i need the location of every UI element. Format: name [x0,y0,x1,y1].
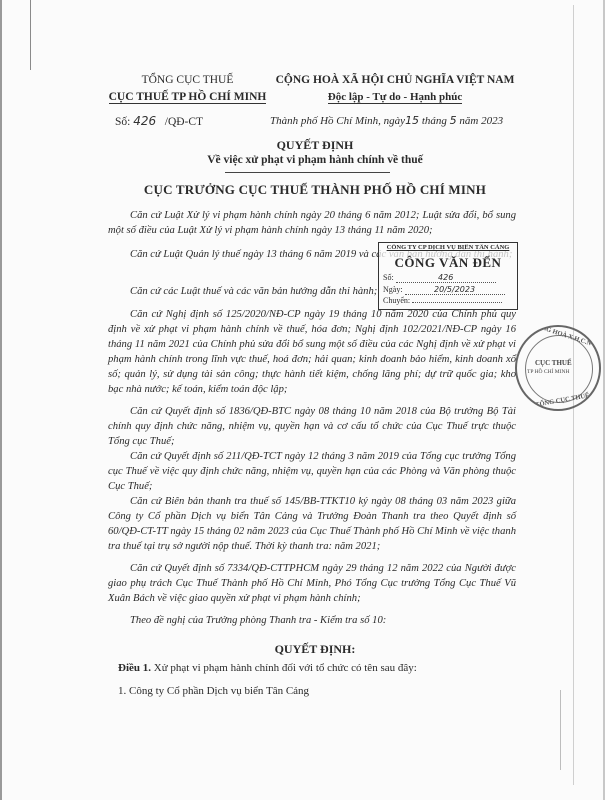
issue-date: Thành phố Hồ Chí Minh, ngày15 tháng 5 nă… [270,114,503,127]
paragraph: Căn cứ Luật Xử lý vi phạm hành chính ngà… [108,208,516,238]
article-label: Điều 1. [118,662,151,674]
legal-basis: Căn cứ Biên bản thanh tra thuế số 145/BB… [108,494,516,554]
stamp-transfer [412,302,502,303]
seal-center-subtext: TP HỒ CHÍ MINH [527,369,569,375]
handwritten-month: 5 [450,114,457,127]
document-number: Số: 426 /QĐ-CT [115,114,203,128]
document-subtitle: Về việc xử phạt vi phạm hành chính về th… [100,154,530,166]
document-title: QUYẾT ĐỊNH [100,138,530,153]
stamp-date: 20/5/2023 [405,285,505,295]
page-edge-line [560,690,561,770]
national-motto: Độc lập - Tự do - Hạnh phúc [260,89,530,106]
received-document-stamp: CÔNG TY CP DỊCH VỤ BIỂN TÂN CẢNG CÔNG VĂ… [378,242,518,310]
paragraph: Căn cứ Biên bản thanh tra thuế số 145/BB… [108,494,516,554]
handwritten-day: 15 [405,114,419,127]
article-text: Xử phạt vi phạm hành chính đối với tổ ch… [154,662,417,674]
decision-heading: QUYẾT ĐỊNH: [100,642,530,657]
legal-basis: Căn cứ Luật Xử lý vi phạm hành chính ngà… [108,208,516,238]
paragraph: Theo đề nghị của Trưởng phòng Thanh tra … [108,613,516,628]
agency-name: CỤC THUẾ TP HỒ CHÍ MINH [100,89,275,106]
violator-item: 1. Công ty Cổ phần Dịch vụ biển Tân Cảng [118,685,309,697]
handwritten-number: 426 [133,114,156,128]
stamp-transfer-row: Chuyển: [383,296,502,305]
paragraph: Căn cứ Nghị định số 125/2020/NĐ-CP ngày … [108,307,516,397]
legal-basis: Căn cứ Nghị định số 125/2020/NĐ-CP ngày … [108,307,516,397]
paragraph: Căn cứ Quyết định số 1836/QĐ-BTC ngày 08… [108,404,516,449]
seal-center-text: CỤC THUẾ [535,359,572,367]
scan-mark [30,0,31,70]
legal-basis: Căn cứ Quyết định số 7334/QĐ-CTTPHCM ngà… [108,561,516,606]
legal-basis: Căn cứ Quyết định số 211/QĐ-TCT ngày 12 … [108,449,516,494]
legal-basis: Theo đề nghị của Trưởng phòng Thanh tra … [108,613,516,628]
paragraph: Căn cứ Quyết định số 7334/QĐ-CTTPHCM ngà… [108,561,516,606]
stamp-number: 426 [396,273,496,283]
country-name: CỘNG HOÀ XÃ HỘI CHỦ NGHĨA VIỆT NAM [260,72,530,89]
stamp-title: CÔNG VĂN ĐẾN [379,255,517,271]
national-title: CỘNG HOÀ XÃ HỘI CHỦ NGHĨA VIỆT NAM Độc l… [260,72,530,106]
divider [225,172,390,173]
scan-edge-left [0,0,2,800]
stamp-number-row: Số: 426 [383,273,496,283]
issuing-agency: TỔNG CỤC THUẾ CỤC THUẾ TP HỒ CHÍ MINH [100,72,275,106]
legal-basis: Căn cứ Quyết định số 1836/QĐ-BTC ngày 08… [108,404,516,449]
issuing-authority: CỤC TRƯỞNG CỤC THUẾ THÀNH PHỐ HỒ CHÍ MIN… [100,182,530,198]
paragraph: Căn cứ Quyết định số 211/QĐ-TCT ngày 12 … [108,449,516,494]
agency-parent: TỔNG CỤC THUẾ [100,72,275,89]
official-seal: CỘNG HOÀ X.H.C.N CỤC THUẾ TP HỒ CHÍ MINH… [515,325,601,411]
stamp-company: CÔNG TY CP DỊCH VỤ BIỂN TÂN CẢNG [381,244,515,251]
article-1: Điều 1. Xử phạt vi phạm hành chính đối v… [118,662,417,674]
stamp-date-row: Ngày: 20/5/2023 [383,285,505,295]
